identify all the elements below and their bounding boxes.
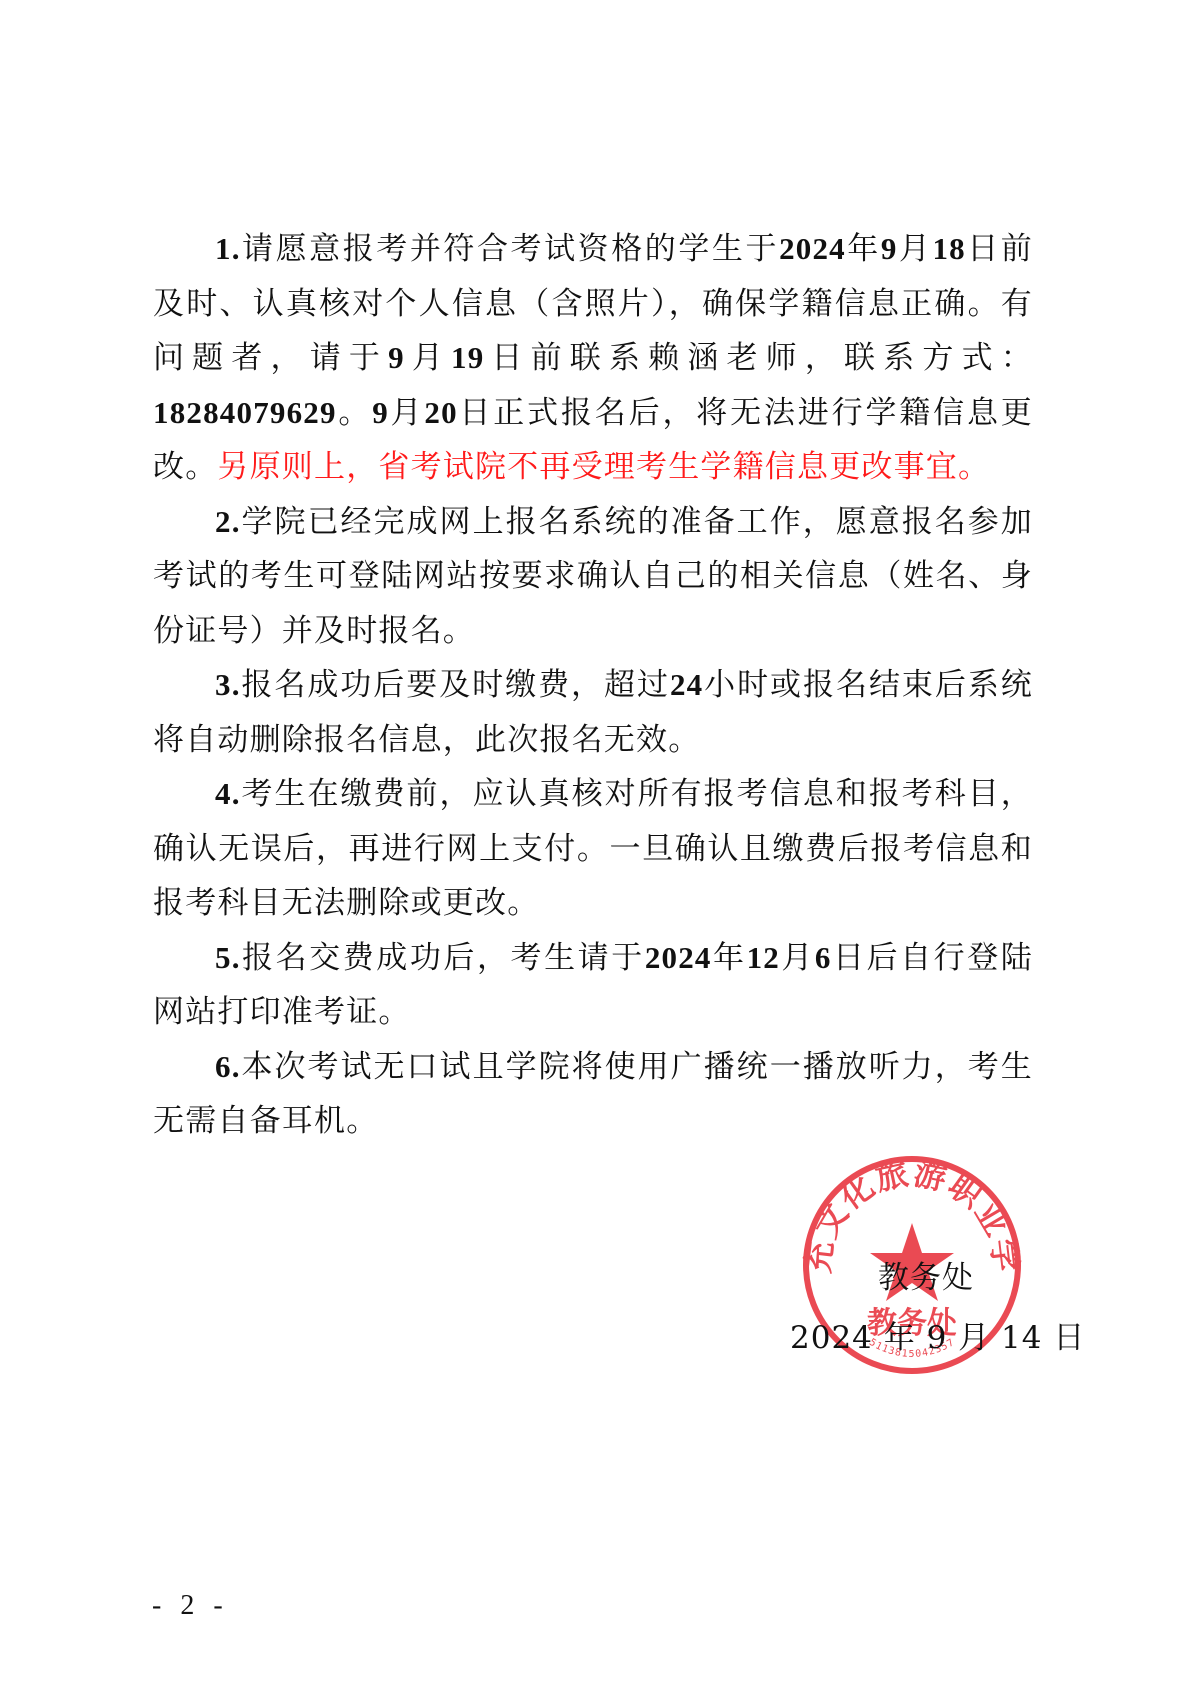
paragraph-item-6: 6.本次考试无口试且学院将使用广播统一播放听力，考生无需自备耳机。 bbox=[153, 1040, 1033, 1149]
paragraph-item-5: 5.报名交费成功后，考生请于2024年12月6日后自行登陆网站打印准考证。 bbox=[153, 931, 1033, 1040]
paragraph-text: 。 bbox=[337, 395, 372, 431]
paragraph-text: 月 bbox=[405, 340, 451, 376]
paragraph-text: 报名交费成功后，考生请于 bbox=[241, 940, 645, 976]
paragraph-item-1: 1.请愿意报考并符合考试资格的学生于2024年9月18日前及时、认真核对个人信息… bbox=[153, 222, 1033, 495]
paragraph-text: 学院已经完成网上报名系统的准备工作，愿意报名参加考试的考生可登陆网站按要求确认自… bbox=[153, 504, 1033, 649]
paragraph-item-2: 2.学院已经完成网上报名系统的准备工作，愿意报名参加考试的考生可登陆网站按要求确… bbox=[153, 495, 1033, 659]
paragraph-text: 9 bbox=[372, 395, 389, 430]
paragraph-item-4: 4.考生在缴费前，应认真核对所有报考信息和报考科目，确认无误后，再进行网上支付。… bbox=[153, 767, 1033, 931]
paragraph-text: 19 bbox=[451, 340, 484, 375]
highlighted-notice-text: 另原则上，省考试院不再受理考生学籍信息更改事宜。 bbox=[217, 449, 990, 485]
signature-department: 教务处 bbox=[878, 1252, 974, 1297]
document-body: 1.请愿意报考并符合考试资格的学生于2024年9月18日前及时、认真核对个人信息… bbox=[153, 222, 1033, 1149]
paragraph-text: 9 bbox=[388, 340, 405, 375]
paragraph-text: 报名成功后要及时缴费，超过 bbox=[241, 667, 670, 703]
paragraph-text: 2024 bbox=[779, 231, 846, 266]
paragraph-text: 12 bbox=[747, 940, 780, 975]
paragraph-text: 日前联系赖涵老师，联系方式： bbox=[484, 340, 1033, 376]
paragraph-number: 6. bbox=[215, 1049, 241, 1084]
paragraph-number: 2. bbox=[215, 504, 241, 539]
paragraph-number: 3. bbox=[215, 667, 241, 702]
paragraph-number: 1. bbox=[215, 231, 241, 266]
paragraph-number: 4. bbox=[215, 776, 241, 811]
paragraph-text: 月 bbox=[898, 231, 933, 267]
paragraph-text: 6 bbox=[815, 940, 832, 975]
paragraph-text: 请愿意报考并符合考试资格的学生于 bbox=[241, 231, 779, 267]
paragraph-text: 考生在缴费前，应认真核对所有报考信息和报考科目，确认无误后，再进行网上支付。一旦… bbox=[153, 776, 1033, 921]
paragraph-number: 5. bbox=[215, 940, 241, 975]
document-page: 1.请愿意报考并符合考试资格的学生于2024年9月18日前及时、认真核对个人信息… bbox=[0, 0, 1191, 1684]
paragraph-text: 年 bbox=[846, 231, 881, 267]
paragraph-text: 18 bbox=[932, 231, 965, 266]
paragraph-text: 月 bbox=[389, 395, 424, 431]
paragraph-text: 24 bbox=[670, 667, 703, 702]
paragraph-text: 2024 bbox=[645, 940, 712, 975]
paragraph-text: 本次考试无口试且学院将使用广播统一播放听力，考生无需自备耳机。 bbox=[153, 1049, 1033, 1140]
paragraph-text: 9 bbox=[881, 231, 898, 266]
paragraph-text: 年 bbox=[712, 940, 747, 976]
signature-date: 2024 年 9 月 14 日 bbox=[790, 1312, 1085, 1357]
paragraph-text: 月 bbox=[780, 940, 815, 976]
paragraph-text: 20 bbox=[424, 395, 457, 430]
page-number: - 2 - bbox=[152, 1590, 229, 1622]
paragraph-text: 18284079629 bbox=[153, 395, 337, 430]
paragraph-item-3: 3.报名成功后要及时缴费，超过24小时或报名结束后系统将自动删除报名信息，此次报… bbox=[153, 658, 1033, 767]
